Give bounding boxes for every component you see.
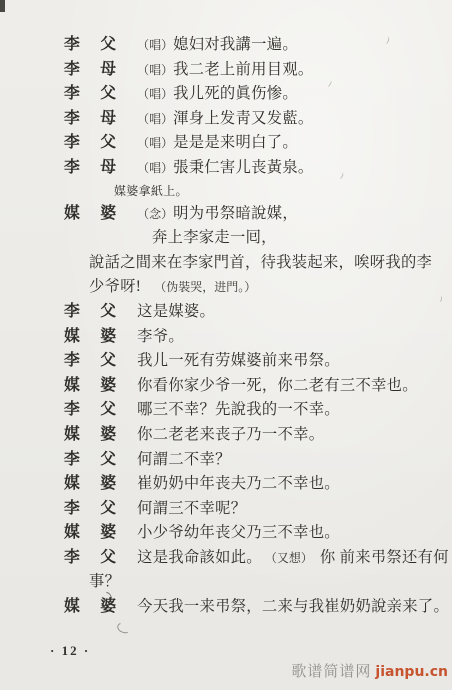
script-line: 李父 （唱）是是是来明白了。 — [64, 131, 448, 156]
speaker-name: 李父 — [64, 398, 116, 423]
speaker-name: 李父 — [64, 546, 116, 571]
dialogue-text: （唱）我儿死的眞伤惨。 — [137, 85, 298, 102]
speaker-name: 李父 — [64, 448, 116, 473]
dialogue-continuation: 少爷呀!（伪裝哭，进門。） — [64, 275, 448, 300]
watermark-site-url: jianpu.cn — [375, 664, 448, 680]
sing-annotation: （唱） — [137, 136, 173, 150]
speaker-name: 李父 — [64, 33, 116, 58]
script-line: 李母 （唱）我二老上前用目观。 — [64, 58, 448, 83]
dialogue-continuation: 說話之間来在李家門首，待我装起来，唉呀我的李 — [64, 251, 448, 276]
dialogue-continuation: 事？ — [64, 570, 448, 595]
dialogue-text: （唱）我二老上前用目观。 — [137, 61, 313, 78]
dialogue-text: 你看你家少爷一死，你二老有三不幸也。 — [137, 377, 418, 394]
speaker-name: 李父 — [64, 300, 116, 325]
dialogue-text: （唱）是是是来明白了。 — [137, 134, 298, 151]
speaker-name: 媒婆 — [64, 374, 116, 399]
stage-direction: 媒婆拿紙上。 — [64, 181, 448, 202]
sing-annotation: （唱） — [137, 38, 173, 52]
sing-annotation: （唱） — [137, 112, 173, 126]
sing-annotation: （唱） — [137, 63, 173, 77]
speaker-name: 李母 — [64, 107, 116, 132]
site-watermark: 歌谱简谱网jianpu.cn — [291, 660, 448, 681]
action-annotation: （伪裝哭，进門。） — [154, 280, 256, 294]
dialogue-text: 何謂二不幸？ — [137, 451, 231, 468]
dialogue-text: （唱）媳妇对我講一遍。 — [137, 36, 298, 53]
verse-continuation: 奔上李家走一囘， — [64, 226, 448, 251]
script-line: 李父 这是我命該如此。（又想）你 前来弔祭还有何 — [64, 546, 448, 571]
dialogue-text: 哪三不幸？先說我的一不幸。 — [137, 401, 340, 418]
speaker-name: 李母 — [64, 156, 116, 181]
dialogue-text: 你二老老来丧子乃一不幸。 — [137, 426, 324, 443]
dialogue-text: （唱）張秉仁害儿丧黃泉。 — [137, 159, 313, 176]
script-line: 李父 我儿一死有劳媒婆前来弔祭。 — [64, 349, 448, 374]
thought-annotation: （又想） — [271, 551, 313, 565]
dialogue-text: 这是媒婆。 — [137, 303, 215, 320]
script-line: 李父 何謂二不幸？ — [64, 448, 448, 473]
dialogue-text: （念）明为弔祭暗說媒， — [137, 205, 298, 222]
speaker-name: 媒婆 — [64, 521, 116, 546]
dialogue-text: 我儿一死有劳媒婆前来弔祭。 — [137, 352, 340, 369]
sing-annotation: （唱） — [137, 161, 173, 175]
scan-artifact — [0, 0, 5, 12]
speaker-name: 媒婆 — [64, 472, 116, 497]
dialogue-text: 小少爷幼年丧父乃三不幸也。 — [137, 524, 340, 541]
script-line: 李父 （唱）媳妇对我講一遍。 — [64, 33, 448, 58]
dialogue-text: 这是我命該如此。（又想）你 前来弔祭还有何 — [137, 549, 449, 566]
page-number: · 12 · — [50, 643, 90, 659]
speaker-name: 李父 — [64, 349, 116, 374]
speaker-name: 李父 — [64, 497, 116, 522]
script-line: 李母 （唱）張秉仁害儿丧黃泉。 — [64, 156, 448, 181]
script-line: 李父 哪三不幸？先說我的一不幸。 — [64, 398, 448, 423]
scanned-script-page: 李父 （唱）媳妇对我講一遍。 李母 （唱）我二老上前用目观。 李父 （唱）我儿死… — [0, 0, 452, 690]
dialogue-text: 崔奶奶中年丧夫乃二不幸也。 — [137, 475, 340, 492]
script-line: 媒婆 你看你家少爷一死，你二老有三不幸也。 — [64, 374, 448, 399]
script-line: 媒婆 李爷。 — [64, 325, 448, 350]
recite-annotation: （念） — [137, 207, 173, 221]
script-line: 媒婆 小少爷幼年丧父乃三不幸也。 — [64, 521, 448, 546]
script-text-block: 李父 （唱）媳妇对我講一遍。 李母 （唱）我二老上前用目观。 李父 （唱）我儿死… — [0, 0, 452, 620]
script-line: 李父 （唱）我儿死的眞伤惨。 — [64, 82, 448, 107]
scan-artifact — [116, 621, 133, 635]
script-line: 媒婆 你二老老来丧子乃一不幸。 — [64, 423, 448, 448]
watermark-site-name: 歌谱简谱网 — [291, 664, 371, 680]
sing-annotation: （唱） — [137, 87, 173, 101]
script-line: 媒婆 崔奶奶中年丧夫乃二不幸也。 — [64, 472, 448, 497]
dialogue-text: 何謂三不幸呢？ — [137, 500, 246, 517]
script-line: 李父 何謂三不幸呢？ — [64, 497, 448, 522]
script-line: 媒婆 今天我一来弔祭，二来与我崔奶奶說亲来了。 — [64, 595, 448, 620]
speaker-name: 媒婆 — [64, 325, 116, 350]
script-line: 媒婆 （念）明为弔祭暗說媒， — [64, 202, 448, 227]
dialogue-text: 今天我一来弔祭，二来与我崔奶奶說亲来了。 — [137, 598, 449, 615]
speaker-name: 李父 — [64, 131, 116, 156]
speaker-name: 李母 — [64, 58, 116, 83]
script-line: 李父 这是媒婆。 — [64, 300, 448, 325]
speaker-name: 李父 — [64, 82, 116, 107]
dialogue-text: （唱）渾身上发靑又发藍。 — [137, 110, 313, 127]
speaker-name: 媒婆 — [64, 202, 116, 227]
speaker-name: 媒婆 — [64, 423, 116, 448]
dialogue-text: 李爷。 — [137, 328, 184, 345]
script-line: 李母 （唱）渾身上发靑又发藍。 — [64, 107, 448, 132]
